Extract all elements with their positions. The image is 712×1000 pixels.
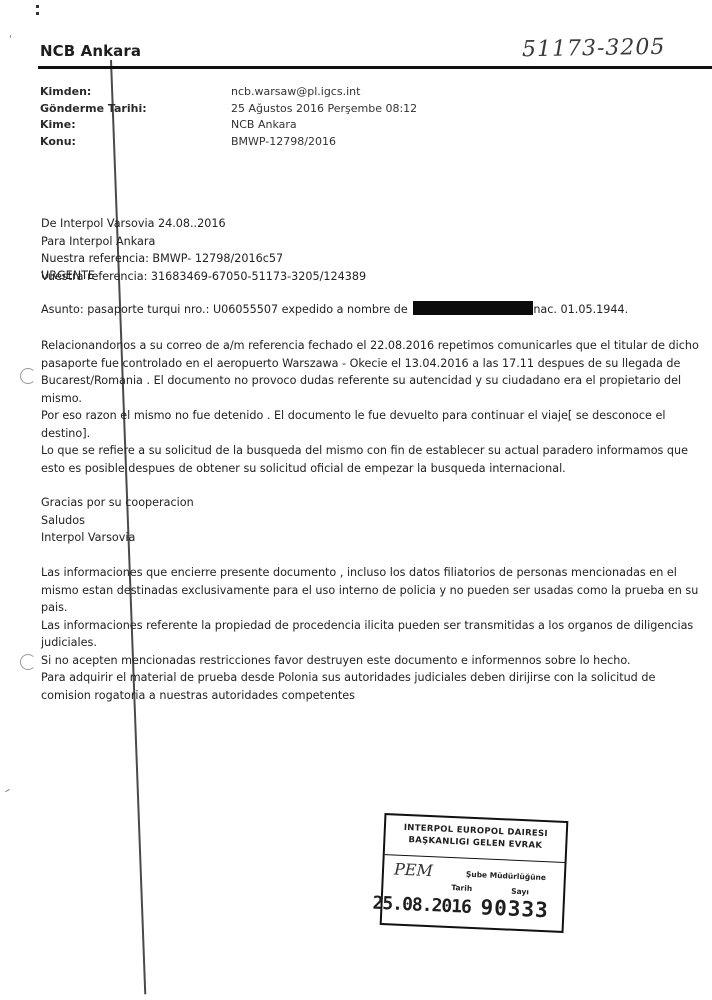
- punch-hole-mark: [20, 654, 36, 670]
- received-document-stamp: INTERPOL EUROPOL DAIRESI BAŞKANLIGI GELE…: [380, 813, 569, 933]
- disclaimer-paragraph: Las informaciones que encierre presente …: [41, 564, 701, 617]
- stamp-number-value: 90333: [480, 895, 549, 922]
- scan-speck: [36, 5, 39, 8]
- scan-speck: [10, 35, 11, 38]
- stamp-date-value: 25.08.2016: [372, 893, 471, 918]
- body-paragraph: Lo que se refiere a su solicitud de la b…: [41, 442, 701, 477]
- from-line: De Interpol Varsovia 24.08..2016: [41, 215, 366, 233]
- stamp-branch-label: Şube Müdürlüğüne: [466, 870, 546, 882]
- our-reference: Nuestra referencia: BMWP- 12798/2016c57: [41, 250, 366, 268]
- email-metadata: Kimden: ncb.warsaw@pl.igcs.int Gönderme …: [40, 84, 417, 150]
- letter-closing: Gracias por su cooperacion Saludos Inter…: [41, 494, 194, 547]
- letter-body: Relacionandonos a su correo de a/m refer…: [41, 337, 701, 477]
- stamp-header: INTERPOL EUROPOL DAIRESI BAŞKANLIGI GELE…: [385, 815, 567, 863]
- meta-value: 25 Ağustos 2016 Perşembe 08:12: [231, 101, 417, 118]
- header-rule: [38, 66, 712, 69]
- body-paragraph: Relacionandonos a su correo de a/m refer…: [41, 337, 701, 407]
- meta-row-subject: Konu: BMWP-12798/2016: [40, 134, 417, 151]
- document-header-title: NCB Ankara: [40, 42, 141, 60]
- redacted-name-block: [413, 301, 533, 315]
- disclaimer-paragraph: Las informaciones referente la propiedad…: [41, 617, 701, 652]
- handwritten-reference-number: 51173-3205: [522, 35, 666, 62]
- meta-value: BMWP-12798/2016: [231, 134, 336, 151]
- stamp-signature: PEM: [394, 860, 434, 881]
- meta-value: NCB Ankara: [231, 117, 297, 134]
- scan-speck: [36, 12, 39, 15]
- to-line: Para Interpol Ankara: [41, 233, 366, 251]
- disclaimer-paragraph: Para adquirir el material de prueba desd…: [41, 669, 701, 704]
- disclaimer-block: Las informaciones que encierre presente …: [41, 564, 701, 704]
- punch-hole-mark: [20, 368, 36, 384]
- meta-label: Kime:: [40, 117, 231, 134]
- meta-label: Konu:: [40, 134, 231, 151]
- meta-row-to: Kime: NCB Ankara: [40, 117, 417, 134]
- subject-suffix: nac. 01.05.1944.: [533, 303, 628, 316]
- closing-line: Interpol Varsovia: [41, 529, 194, 547]
- meta-label: Kimden:: [40, 84, 231, 101]
- closing-line: Gracias por su cooperacion: [41, 494, 194, 512]
- subject-prefix: Asunto: pasaporte turqui nro.: U06055507…: [41, 303, 408, 316]
- stamp-date-label: Tarih: [451, 883, 472, 893]
- disclaimer-paragraph: Si no acepten mencionadas restricciones …: [41, 652, 701, 670]
- meta-row-from: Kimden: ncb.warsaw@pl.igcs.int: [40, 84, 417, 101]
- subject-line: Asunto: pasaporte turqui nro.: U06055507…: [41, 301, 628, 319]
- body-paragraph: Por eso razon el mismo no fue detenido .…: [41, 407, 701, 442]
- urgent-label: URGENTE: [41, 267, 95, 285]
- meta-value: ncb.warsaw@pl.igcs.int: [231, 84, 360, 101]
- meta-label: Gönderme Tarihi:: [40, 101, 231, 118]
- scanned-document-page: NCB Ankara 51173-3205 Kimden: ncb.warsaw…: [0, 0, 712, 1000]
- meta-row-date: Gönderme Tarihi: 25 Ağustos 2016 Perşemb…: [40, 101, 417, 118]
- stamp-number-label: Sayı: [511, 887, 529, 897]
- closing-line: Saludos: [41, 512, 194, 530]
- scan-speck: [5, 789, 10, 792]
